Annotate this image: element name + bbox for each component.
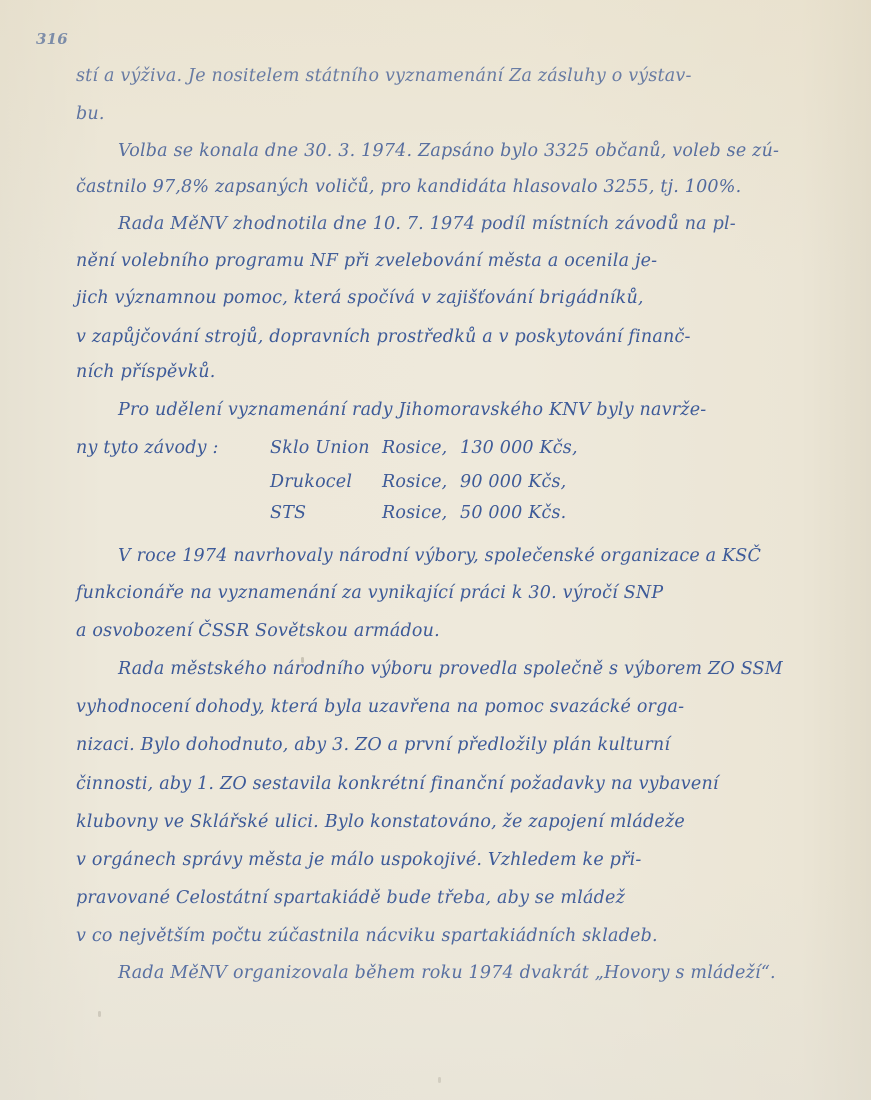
- text-line: stí a výživa. Je nositelem státního vyzn…: [76, 66, 692, 86]
- text-line: jich významnou pomoc, která spočívá v za…: [76, 288, 644, 308]
- award-town: Rosice,: [382, 438, 447, 458]
- text-line: V roce 1974 navrhovaly národní výbory, s…: [118, 546, 761, 566]
- text-line: Rada MěNV organizovala během roku 1974 d…: [118, 963, 776, 983]
- paper-speck: [438, 1077, 441, 1083]
- text-line: nizaci. Bylo dohodnuto, aby 3. ZO a prvn…: [76, 735, 670, 755]
- text-line: Rada městského národního výboru provedla…: [118, 659, 783, 679]
- text-line: v co největším počtu zúčastnila nácviku …: [76, 926, 658, 946]
- text-line: pravované Celostátní spartakiádě bude tř…: [76, 888, 625, 908]
- award-town: Rosice,: [382, 472, 447, 492]
- text-line: nění volebního programu NF při zvelebová…: [76, 251, 657, 271]
- award-amount: 130 000 Kčs,: [460, 438, 578, 458]
- manuscript-page: 316 stí a výživa. Je nositelem státního …: [0, 0, 871, 1100]
- text-line: vyhodnocení dohody, která byla uzavřena …: [76, 697, 684, 717]
- text-line: bu.: [76, 104, 105, 124]
- text-line: Rada MěNV zhodnotila dne 10. 7. 1974 pod…: [118, 214, 736, 234]
- text-line: ních příspěvků.: [76, 362, 216, 382]
- text-line: činnosti, aby 1. ZO sestavila konkrétní …: [76, 774, 719, 794]
- text-line: v zapůjčování strojů, dopravních prostře…: [76, 327, 691, 347]
- paper-speck: [301, 657, 304, 663]
- text-line: v orgánech správy města je málo uspokoji…: [76, 850, 642, 870]
- text-line: klubovny ve Sklářské ulici. Bylo konstat…: [76, 812, 685, 832]
- text-line: ny tyto závody :: [76, 438, 219, 458]
- text-line: funkcionáře na vyznamenání za vynikající…: [76, 583, 663, 603]
- award-amount: 90 000 Kčs,: [460, 472, 566, 492]
- text-line: Volba se konala dne 30. 3. 1974. Zapsáno…: [118, 141, 779, 161]
- text-line: častnilo 97,8% zapsaných voličů, pro kan…: [76, 177, 741, 197]
- award-company: STS: [270, 503, 306, 523]
- paper-speck: [98, 1011, 101, 1017]
- award-town: Rosice,: [382, 503, 447, 523]
- award-company: Drukocel: [270, 472, 352, 492]
- award-amount: 50 000 Kčs.: [460, 503, 566, 523]
- page-number: 316: [36, 30, 68, 48]
- text-line: Pro udělení vyznamenání rady Jihomoravsk…: [118, 400, 706, 420]
- award-company: Sklo Union: [270, 438, 370, 458]
- text-line: a osvobození ČSSR Sovětskou armádou.: [76, 621, 440, 641]
